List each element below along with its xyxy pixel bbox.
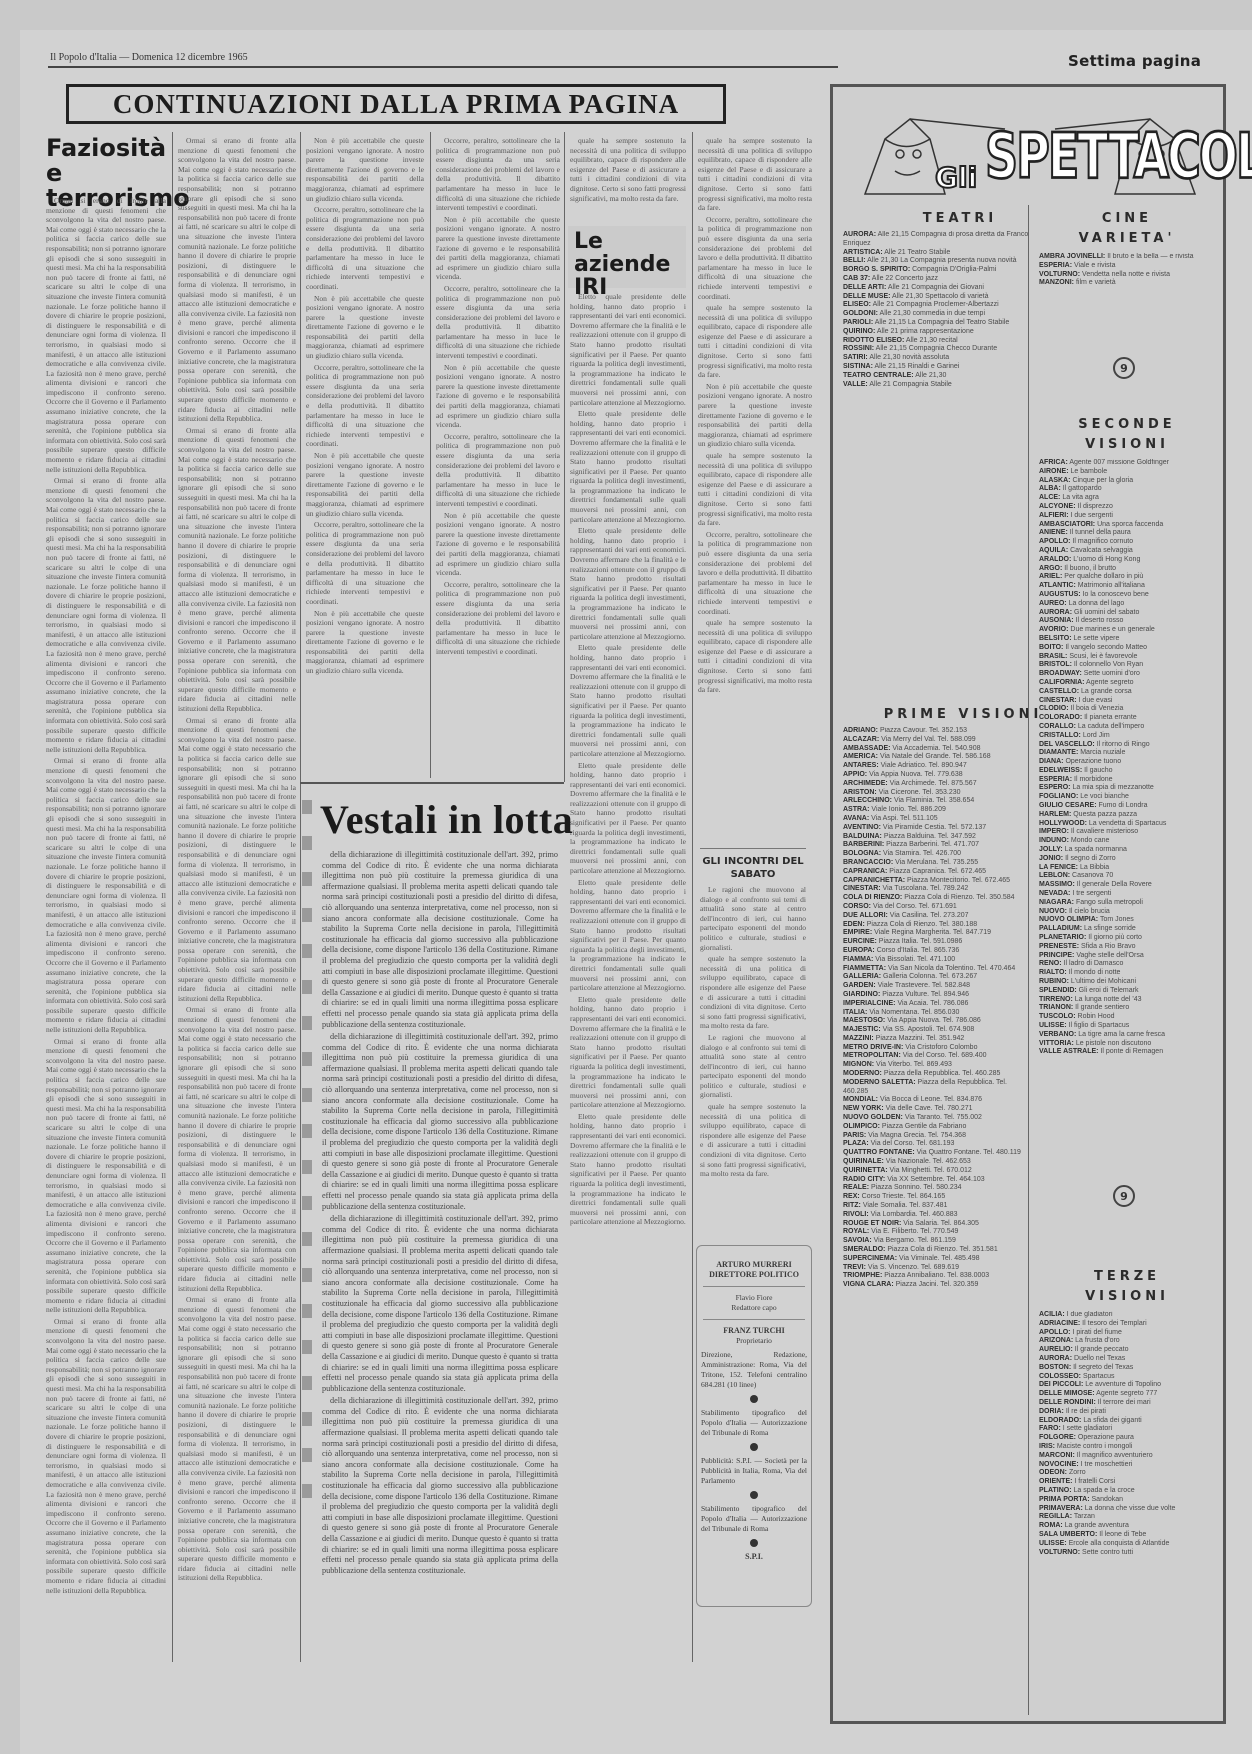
listing-item: LA FENICE: La Bibbia xyxy=(1039,864,1211,873)
listing-item: EDEN: Piazza Cola di Rienzo. Tel. 380.18… xyxy=(843,921,1029,930)
listing-item: BARBERINI: Piazza Barberini. Tel. 471.70… xyxy=(843,841,1029,850)
listing-item: PRENESTE: Sfida a Rio Bravo xyxy=(1039,943,1211,952)
listing-item: RENO: Il ladro di Damasco xyxy=(1039,960,1211,969)
listing-item: INDUNO: Mondo cane xyxy=(1039,837,1211,846)
listing-item: ARCHIMEDE: Via Archimede. Tel. 875.567 xyxy=(843,780,1029,789)
listing-item: CINESTAR: Via Tuscolana. Tel. 789.242 xyxy=(843,885,1029,894)
listing-item: ORIENTE: I fratelli Corsi xyxy=(1039,1478,1211,1487)
listing-item: ARALDO: L'uomo di Hong Kong xyxy=(1039,556,1211,565)
listing-item: DELLE MUSE: Alle 21,30 Spettacolo di var… xyxy=(843,293,1029,302)
listing-item: MONDIAL: Via Bocca di Leone. Tel. 834.87… xyxy=(843,1096,1029,1105)
spettacoli-logo: Gli SPETTACOLI xyxy=(855,99,1205,209)
listing-item: RIALTO: Il mondo di notte xyxy=(1039,969,1211,978)
listing-item: IRIS: Maciste contro i mongoli xyxy=(1039,1443,1211,1452)
listing-item: ARIEL: Per qualche dollaro in più xyxy=(1039,573,1211,582)
article-body: quale ha sempre sostenuto la necessità d… xyxy=(570,136,686,203)
listing-item: RITZ: Viale Somalia. Tel. 837.481 xyxy=(843,1202,1029,1211)
article-body: Non è più accettabile che queste posizio… xyxy=(436,215,560,282)
article-body: della dichiarazione di illegittimità cos… xyxy=(322,1214,558,1394)
listing-item: GIARDINO: Piazza Vulture. Tel. 894.946 xyxy=(843,991,1029,1000)
listing-item: ASTRA: Viale Ionio. Tel. 886.209 xyxy=(843,806,1029,815)
article-rule xyxy=(300,782,564,784)
listing-item: FOGLIANO: Le voci bianche xyxy=(1039,793,1211,802)
article-body: Ormai si erano di fronte alla menzione d… xyxy=(178,426,296,714)
listing-item: DELLE RONDINI: Il terrore dei mari xyxy=(1039,1399,1211,1408)
listing-item: COLORADO: Il pianeta errante xyxy=(1039,714,1211,723)
listing-item: ALCYONE: Il disprezzo xyxy=(1039,503,1211,512)
listing-item: NUOVO GOLDEN: Via Taranto. Tel. 755.002 xyxy=(843,1114,1029,1123)
masthead-box: ARTURO MURRERI DIRETTORE POLITICO Flavio… xyxy=(696,1245,812,1607)
logo-gli: Gli xyxy=(935,161,977,194)
listing-item: AMBRA JOVINELLI: Il bruto e la bella — e… xyxy=(1039,253,1211,262)
article-body: Non è più accettabile che queste posizio… xyxy=(436,511,560,578)
column-rule xyxy=(692,132,693,1662)
listing-item: ESPERO: La mia spia di mezzanotte xyxy=(1039,784,1211,793)
listing-item: AMBASSADE: Via Accademia. Tel. 540.908 xyxy=(843,745,1029,754)
listing-item: PLATINO: La spada e la croce xyxy=(1039,1487,1211,1496)
listing-item: SAVOIA: Via Bergamo. Tel. 861.159 xyxy=(843,1237,1029,1246)
listing-item: MAJESTIC: Via SS. Apostoli. Tel. 674.908 xyxy=(843,1026,1029,1035)
listing-item: AVENTINO: Via Piramide Cestia. Tel. 572.… xyxy=(843,824,1029,833)
listing-item: BRANCACCIO: Via Merulana. Tel. 735.255 xyxy=(843,859,1029,868)
listing-item: TIRRENO: La lunga notte del '43 xyxy=(1039,996,1211,1005)
article-body: Eletto quale presidente delle holding, h… xyxy=(570,761,686,876)
listing-item: APPIO: Via Appia Nuova. Tel. 779.638 xyxy=(843,771,1029,780)
header-rule xyxy=(48,66,838,68)
article-body: Occorre, peraltro, sottolineare che la p… xyxy=(436,136,560,213)
heading-prime-visioni: PRIME VISIONI xyxy=(873,707,1053,722)
article-body: della dichiarazione di illegittimità cos… xyxy=(322,850,558,1030)
director-name: ARTURO MURRERI xyxy=(697,1260,811,1270)
listing-item: EDELWEISS: Il gaucho xyxy=(1039,767,1211,776)
listing-item: DIANA: Operazione tuono xyxy=(1039,758,1211,767)
article-body: Ormai si erano di fronte alla menzione d… xyxy=(46,1317,166,1595)
listing-item: ALCE: La vita agra xyxy=(1039,494,1211,503)
listing-item: CORSO: Via del Corso. Tel. 671.691 xyxy=(843,903,1029,912)
bullet-icon xyxy=(750,1395,758,1403)
listing-item: MARCONI: Il magnifico avventuriero xyxy=(1039,1452,1211,1461)
listing-item: LEBLON: Casanova 70 xyxy=(1039,872,1211,881)
article-body: Ormai si erano di fronte alla menzione d… xyxy=(178,716,296,1004)
listing-item: CAPRANICA: Piazza Capranica. Tel. 672.46… xyxy=(843,868,1029,877)
heading-seconde-visioni: VISIONI xyxy=(1047,437,1207,452)
article-body: Non è più accettabile che queste posizio… xyxy=(306,136,424,203)
article-body: della dichiarazione di illegittimità cos… xyxy=(322,1396,558,1576)
listing-item: SUPERCINEMA: Via Viminale. Tel. 485.498 xyxy=(843,1255,1029,1264)
article-body: Ormai si erano di fronte alla menzione d… xyxy=(46,196,166,474)
article-iri-top: quale ha sempre sostenuto la necessità d… xyxy=(570,136,686,222)
listing-item: CAB 37: Alle 22 Concerto jazz xyxy=(843,275,1029,284)
listing-item: AURORA: Gli uomini del sabato xyxy=(1039,609,1211,618)
article-body: Occorre, peraltro, sottolineare che la p… xyxy=(306,363,424,449)
heading-teatri: TEATRI xyxy=(895,211,1025,226)
listing-item: TRIOMPHE: Piazza Annibaliano. Tel. 838.0… xyxy=(843,1272,1029,1281)
listing-item: TRIANON: Il grande sentiero xyxy=(1039,1004,1211,1013)
listing-item: MAZZINI: Piazza Mazzini. Tel. 351.942 xyxy=(843,1035,1029,1044)
listing-item: DELLE ARTI: Alle 21 Compagnia dei Giovan… xyxy=(843,284,1029,293)
listing-item: ALBA: Il gattopardo xyxy=(1039,485,1211,494)
listing-item: BELLI: Alle 21,30 La Compagnia presenta … xyxy=(843,257,1029,266)
listing-item: ROMA: La grande avventura xyxy=(1039,1522,1211,1531)
listing-item: ADRIACINE: Il tesoro dei Templari xyxy=(1039,1320,1211,1329)
listing-item: PRIMAVERA: La donna che visse due volte xyxy=(1039,1505,1211,1514)
listing-item: TREVI: Via S. Vincenzo. Tel. 689.619 xyxy=(843,1264,1029,1273)
masthead-footer: S.P.I. xyxy=(697,1552,811,1562)
listing-item: HARLEM: Questa pazza pazza xyxy=(1039,811,1211,820)
article-body: Ormai si erano di fronte alla menzione d… xyxy=(46,756,166,1034)
listing-item: VOLTURNO: Sette contro tutti xyxy=(1039,1549,1211,1558)
listing-item: AQUILA: Cavalcata selvaggia xyxy=(1039,547,1211,556)
listing-item: QUATTRO FONTANE: Via Quattro Fontane. Te… xyxy=(843,1149,1029,1158)
article-body: Le ragioni che muovono al dialogo e al c… xyxy=(700,1033,806,1100)
listing-item: DEI PICCOLI: Le avventure di Topolino xyxy=(1039,1381,1211,1390)
listing-item: PALLADIUM: La sfinge sorride xyxy=(1039,925,1211,934)
listing-item: ULISSE: Il figlio di Spartacus xyxy=(1039,1022,1211,1031)
listing-item: JONIO: Il segno di Zorro xyxy=(1039,855,1211,864)
editor-role: Redattore capo xyxy=(697,1303,811,1313)
listing-item: EURCINE: Piazza Italia. Tel. 591.0986 xyxy=(843,938,1029,947)
publisher-name: FRANZ TURCHI xyxy=(697,1326,811,1336)
article-body: quale ha sempre sostenuto la necessità d… xyxy=(698,136,812,213)
listing-item: AVORIO: Due marines e un generale xyxy=(1039,626,1211,635)
article-body: Eletto quale presidente delle holding, h… xyxy=(570,292,686,407)
column-rule xyxy=(430,132,431,778)
listing-item: ACILIA: I due gladiatori xyxy=(1039,1311,1211,1320)
listing-item: FIAMMA: Via Bissolati. Tel. 471.100 xyxy=(843,956,1029,965)
listing-item: CRISTALLO: Lord Jim xyxy=(1039,732,1211,741)
listing-item: AUREO: La donna del lago xyxy=(1039,600,1211,609)
divider xyxy=(703,1286,805,1287)
listing-item: NEVADA: I tre sergenti xyxy=(1039,890,1211,899)
list-prime-visioni: ADRIANO: Piazza Cavour. Tel. 352.153ALCA… xyxy=(843,727,1029,1707)
listing-item: RIDOTTO ELISEO: Alle 21,30 recital xyxy=(843,337,1029,346)
headline-aziende-iri: Le aziende IRI xyxy=(574,230,684,299)
listing-item: OLIMPICO: Piazza Gentile da Fabriano xyxy=(843,1123,1029,1132)
listing-item: BOLOGNA: Via Stamira. Tel. 426.700 xyxy=(843,850,1029,859)
listing-item: DORIA: Il re dei pirati xyxy=(1039,1408,1211,1417)
listing-item: EUROPA: Corso d'Italia. Tel. 865.736 xyxy=(843,947,1029,956)
listing-item: APOLLO: Il magnifico cornuto xyxy=(1039,538,1211,547)
list-teatri: AURORA: Alle 21,15 Compagnia di prosa di… xyxy=(843,231,1029,701)
article-mid-col4: Occorre, peraltro, sottolineare che la p… xyxy=(436,136,560,776)
listing-item: VERBANO: La tigre ama la carne fresca xyxy=(1039,1031,1211,1040)
article-faziosita-col1: Ormai si erano di fronte alla menzione d… xyxy=(46,196,166,1656)
listing-item: RUBINO: L'ultimo dei Mohicani xyxy=(1039,978,1211,987)
listing-item: REALE: Piazza Sonnino. Tel. 580.234 xyxy=(843,1184,1029,1193)
listing-item: PRINCIPE: Vaghe stelle dell'Orsa xyxy=(1039,952,1211,961)
listing-item: ELDORADO: La sfida dei giganti xyxy=(1039,1417,1211,1426)
running-head: Il Popolo d'Italia — Domenica 12 dicembr… xyxy=(50,52,248,63)
listing-item: FARO: I sette gladiatori xyxy=(1039,1425,1211,1434)
article-body: Occorre, peraltro, sottolineare che la p… xyxy=(436,284,560,361)
column-rule xyxy=(564,132,565,782)
listing-item: ALFIERI: I due sergenti xyxy=(1039,512,1211,521)
listing-item: PLAZA: Via del Corso. Tel. 681.193 xyxy=(843,1140,1029,1149)
listing-item: AURORA: Duello nel Texas xyxy=(1039,1355,1211,1364)
listing-item: CINESTAR: I due evasi xyxy=(1039,697,1211,706)
listing-item: ODEON: Zorro xyxy=(1039,1469,1211,1478)
print-text: Stabilimento tipografico del Popolo d'It… xyxy=(701,1504,807,1534)
listing-item: ITALIA: Via Nomentana. Tel. 856.030 xyxy=(843,1009,1029,1018)
listing-item: NUOVO OLIMPIA: Tom Jones xyxy=(1039,916,1211,925)
article-body: Eletto quale presidente delle holding, h… xyxy=(570,409,686,524)
listing-item: BRISTOL: Il colonnello Von Ryan xyxy=(1039,661,1211,670)
article-body: Eletto quale presidente delle holding, h… xyxy=(570,878,686,993)
listing-item: ELISEO: Alle 21 Compagnia Proclemer-Albe… xyxy=(843,301,1029,310)
article-body: Eletto quale presidente delle holding, h… xyxy=(570,995,686,1110)
article-body: Non è più accettabile che queste posizio… xyxy=(306,609,424,676)
listing-item: ADRIANO: Piazza Cavour. Tel. 352.153 xyxy=(843,727,1029,736)
listing-item: GARDEN: Viale Trastevere. Tel. 582.848 xyxy=(843,982,1029,991)
article-body: Non è più accettabile che queste posizio… xyxy=(436,363,560,430)
listing-item: REX: Corso Trieste. Tel. 864.165 xyxy=(843,1193,1029,1202)
listing-item: CLODIO: Il boia di Venezia xyxy=(1039,705,1211,714)
article-vestali-body: della dichiarazione di illegittimità cos… xyxy=(322,850,558,1660)
article-faziosita-col2: Ormai si erano di fronte alla menzione d… xyxy=(178,136,296,1656)
listing-item: SISTINA: Alle 21,15 Rinaldi e Garinei xyxy=(843,363,1029,372)
listing-item: VIGNA CLARA: Piazza Jacini. Tel. 320.359 xyxy=(843,1281,1029,1290)
publisher-role: Proprietario xyxy=(697,1336,811,1346)
article-body: Non è più accettabile che queste posizio… xyxy=(698,382,812,449)
listing-item: MANZONI: film e varietà xyxy=(1039,279,1211,288)
listing-item: PARIS: Via Magna Grecia. Tel. 754.368 xyxy=(843,1132,1029,1141)
listing-item: IMPERIALCINE: Via Acaia. Tel. 786.086 xyxy=(843,1000,1029,1009)
column-rule xyxy=(1028,205,1029,1715)
article-body: Occorre, peraltro, sottolineare che la p… xyxy=(698,530,812,616)
listing-item: COLOSSEO: Spartacus xyxy=(1039,1373,1211,1382)
article-body: Ormai si erano di fronte alla menzione d… xyxy=(46,476,166,754)
listing-item: QUIRINO: Alle 21 prima rappresentazione xyxy=(843,328,1029,337)
article-body: Occorre, peraltro, sottolineare che la p… xyxy=(306,520,424,606)
listing-item: DEL VASCELLO: Il ritorno di Ringo xyxy=(1039,741,1211,750)
listing-item: FOLGORE: Operazione paura xyxy=(1039,1434,1211,1443)
listing-item: AMERICA: Via Natale del Grande. Tel. 586… xyxy=(843,753,1029,762)
listing-item: ARTISTICA: Alle 21 Teatro Stabile xyxy=(843,249,1029,258)
listing-item: MIGNON: Via Viterbo. Tel. 869.493 xyxy=(843,1061,1029,1070)
article-body: Ormai si erano di fronte alla menzione d… xyxy=(178,136,296,424)
article-body: quale ha sempre sostenuto la necessità d… xyxy=(698,451,812,528)
article-body: quale ha sempre sostenuto la necessità d… xyxy=(698,618,812,695)
listing-item: PARIOLI: Alle 21,15 La Compagnia del Tea… xyxy=(843,319,1029,328)
article-iri-body: Eletto quale presidente delle holding, h… xyxy=(570,292,686,1656)
article-body: Occorre, peraltro, sottolineare che la p… xyxy=(436,432,560,509)
listing-item: TEATRO CENTRALE: Alle 21,30 xyxy=(843,372,1029,381)
section-tag: Settima pagina xyxy=(1068,52,1201,70)
listing-item: BORGO S. SPIRITO: Compagnia D'Origlia-Pa… xyxy=(843,266,1029,275)
listing-item: ARLECCHINO: Via Flaminia. Tel. 358.654 xyxy=(843,797,1029,806)
listing-item: IMPERO: Il cavaliere misterioso xyxy=(1039,828,1211,837)
print-text: Stabilimento tipografico del Popolo d'It… xyxy=(701,1408,807,1438)
listing-item: EMPIRE: Viale Regina Margherita. Tel. 84… xyxy=(843,929,1029,938)
listing-item: RADIO CITY: Via XX Settembre. Tel. 464.1… xyxy=(843,1176,1029,1185)
listing-item: HOLLYWOOD: La vendetta di Spartacus xyxy=(1039,820,1211,829)
article-body: Eletto quale presidente delle holding, h… xyxy=(570,526,686,641)
listing-item: ULISSE: Ercole alla conquista di Atlanti… xyxy=(1039,1540,1211,1549)
listing-item: BRASIL: Scusi, lei è favorevole xyxy=(1039,653,1211,662)
listing-item: ARISTON: Via Cicerone. Tel. 353.230 xyxy=(843,789,1029,798)
article-body: Eletto quale presidente delle holding, h… xyxy=(570,643,686,758)
article-body: Le ragioni che muovono al dialogo e al c… xyxy=(700,885,806,952)
article-body: Eletto quale presidente delle holding, h… xyxy=(570,1112,686,1227)
listing-item: SMERALDO: Piazza Cola di Rienzo. Tel. 35… xyxy=(843,1246,1029,1255)
listing-item: DIAMANTE: Marcia nuziale xyxy=(1039,749,1211,758)
listing-item: REGILLA: Tarzan xyxy=(1039,1513,1211,1522)
heading-cine: CINE xyxy=(1047,211,1207,226)
listing-item: SPLENDID: Gli eroi di Telemark xyxy=(1039,987,1211,996)
banner-title: CONTINUAZIONI DALLA PRIMA PAGINA xyxy=(113,89,679,120)
article-mid-col3: Non è più accettabile che queste posizio… xyxy=(306,136,424,776)
listing-item: QUIRINALE: Via Nazionale. Tel. 462.653 xyxy=(843,1158,1029,1167)
heading-seconde: SECONDE xyxy=(1047,417,1207,432)
listing-item: RIVOLI: Via Lombardia. Tel. 460.883 xyxy=(843,1211,1029,1220)
bullet-icon xyxy=(750,1491,758,1499)
listing-item: TUSCOLO: Robin Hood xyxy=(1039,1013,1211,1022)
listing-item: DELLE MIMOSE: Agente segreto 777 xyxy=(1039,1390,1211,1399)
listing-item: AMBASCIATORI: Una sporca faccenda xyxy=(1039,521,1211,530)
listing-item: PLANETARIO: Il giorno più corto xyxy=(1039,934,1211,943)
listing-item: GOLDONI: Alle 21,30 commedia in due temp… xyxy=(843,310,1029,319)
listing-item: NUOVO: Il cielo brucia xyxy=(1039,908,1211,917)
listing-item: CAPRANICHETTA: Piazza Montecitorio. Tel.… xyxy=(843,877,1029,886)
column-rule xyxy=(172,132,173,1662)
continuations-banner: CONTINUAZIONI DALLA PRIMA PAGINA xyxy=(66,84,726,124)
listing-item: ATLANTIC: Matrimonio all'italiana xyxy=(1039,582,1211,591)
listing-item: ARGO: Il buono, il brutto xyxy=(1039,565,1211,574)
registration-text: Direzione, Redazione, Amministrazione: R… xyxy=(701,1350,807,1390)
article-body: quale ha sempre sostenuto la necessità d… xyxy=(700,1102,806,1179)
bullet-icon xyxy=(750,1539,758,1547)
article-body: quale ha sempre sostenuto la necessità d… xyxy=(700,954,806,1031)
listing-item: AURELIO: Il grande peccato xyxy=(1039,1346,1211,1355)
headline-vestali: Vestali in lotta xyxy=(320,796,573,843)
listing-item: QUIRINETTA: Via Minghetti. Tel. 670.012 xyxy=(843,1167,1029,1176)
listing-item: VALLE: Alle 21 Compagnia Stabile xyxy=(843,381,1029,390)
listing-item: MAESTOSO: Via Appia Nuova. Tel. 786.086 xyxy=(843,1017,1029,1026)
listing-item: VITTORIA: Le pistole non discutono xyxy=(1039,1040,1211,1049)
listing-item: ROYAL: Via E. Filiberto. Tel. 770.549 xyxy=(843,1228,1029,1237)
headline-incontri: GLI INCONTRI DEL SABATO xyxy=(700,855,806,881)
listing-item: AURORA: Alle 21,15 Compagnia di prosa di… xyxy=(843,231,1029,249)
listing-item: ROUGE ET NOIR: Via Salaria. Tel. 864.305 xyxy=(843,1220,1029,1229)
divider xyxy=(703,1319,805,1320)
listing-item: MODERNO SALETTA: Piazza della Repubblica… xyxy=(843,1079,1029,1097)
article-body: Occorre, peraltro, sottolineare che la p… xyxy=(698,215,812,301)
listing-item: ALASKA: Cinque per la gloria xyxy=(1039,477,1211,486)
listing-item: MASSIMO: Il generale Della Rovere xyxy=(1039,881,1211,890)
listing-item: AVANA: Via Aspi. Tel. 511.105 xyxy=(843,815,1029,824)
list-terze-visioni: ACILIA: I due gladiatoriADRIACINE: Il te… xyxy=(1039,1311,1211,1711)
article-body: Occorre, peraltro, sottolineare che la p… xyxy=(306,205,424,291)
listing-item: ESPERIA: Il morbidone xyxy=(1039,776,1211,785)
listing-item: ESPERIA: Viale e rivista xyxy=(1039,262,1211,271)
listing-item: BOITO: Il vangelo secondo Matteo xyxy=(1039,644,1211,653)
bullet-icon xyxy=(750,1443,758,1451)
listing-item: AIRONE: Le bambole xyxy=(1039,468,1211,477)
logo-spettacoli: SPETTACOLI xyxy=(985,120,1252,193)
listing-item: VOLTURNO: Vendetta nella notte e rivista xyxy=(1039,271,1211,280)
listing-item: DUE ALLORI: Via Casilina. Tel. 273.207 xyxy=(843,912,1029,921)
listing-item: ANTARES: Viale Adriatico. Tel. 890.947 xyxy=(843,762,1029,771)
listing-item: BROADWAY: Sette uomini d'oro xyxy=(1039,670,1211,679)
listing-item: JOLLY: La spada normanna xyxy=(1039,846,1211,855)
listing-item: NOVOCINE: I tre moschettieri xyxy=(1039,1461,1211,1470)
emblem-icon: 9 xyxy=(1113,357,1135,379)
article-body: Ormai si erano di fronte alla menzione d… xyxy=(178,1295,296,1583)
list-cine-varieta: AMBRA JOVINELLI: Il bruto e la bella — e… xyxy=(1039,253,1211,323)
listing-item: ALCAZAR: Via Merry del Val. Tel. 588.099 xyxy=(843,736,1029,745)
article-incontri-body: Le ragioni che muovono al dialogo e al c… xyxy=(700,885,806,1265)
listing-item: PRIMA PORTA: Sandokan xyxy=(1039,1496,1211,1505)
article-col6-top: quale ha sempre sostenuto la necessità d… xyxy=(698,136,812,836)
listing-item: CALIFORNIA: Agente segreto xyxy=(1039,679,1211,688)
listing-item: ROSSINI: Alle 21,15 Compagnia Checco Dur… xyxy=(843,345,1029,354)
listing-item: SATIRI: Alle 21,30 novità assoluta xyxy=(843,354,1029,363)
director-role: DIRETTORE POLITICO xyxy=(697,1270,811,1280)
listing-item: APOLLO: I pirati del fiume xyxy=(1039,1329,1211,1338)
article-body: Non è più accettabile che queste posizio… xyxy=(306,294,424,361)
listing-item: NIAGARA: Fango sulla metropoli xyxy=(1039,899,1211,908)
listing-item: BOSTON: Il segreto del Texas xyxy=(1039,1364,1211,1373)
article-body: della dichiarazione di illegittimità cos… xyxy=(322,1032,558,1212)
listing-item: GIULIO CESARE: Fumo di Londra xyxy=(1039,802,1211,811)
listing-item: CORALLO: La caduta dell'impero xyxy=(1039,723,1211,732)
article-body: Non è più accettabile che queste posizio… xyxy=(306,451,424,518)
listing-item: VALLE ASTRALE: Il ponte di Remagen xyxy=(1039,1048,1211,1057)
listing-item: METRO DRIVE-IN: Via Cristoforo Colombo xyxy=(843,1044,1029,1053)
article-body: Ormai si erano di fronte alla menzione d… xyxy=(46,1037,166,1315)
listing-item: BELSITO: Le sette vipere xyxy=(1039,635,1211,644)
listing-item: AUSONIA: Il deserto rosso xyxy=(1039,617,1211,626)
article-body: quale ha sempre sostenuto la necessità d… xyxy=(698,303,812,380)
listing-item: NEW YORK: Via delle Cave. Tel. 780.271 xyxy=(843,1105,1029,1114)
listing-item: AFRICA: Agente 007 missione Goldfinger xyxy=(1039,459,1211,468)
ads-text: Pubblicità: S.P.I. — Società per la Pubb… xyxy=(701,1456,807,1486)
article-body: Occorre, peraltro, sottolineare che la p… xyxy=(436,580,560,657)
listing-item: COLA DI RIENZO: Piazza Cola di Rienzo. T… xyxy=(843,894,1029,903)
listing-item: MODERNO: Piazza della Repubblica. Tel. 4… xyxy=(843,1070,1029,1079)
side-column-fragment xyxy=(300,800,314,1560)
heading-terze: TERZE xyxy=(1047,1269,1207,1284)
listing-item: CASTELLO: La grande corsa xyxy=(1039,688,1211,697)
listing-item: ANIENE: Il tunnel della paura xyxy=(1039,529,1211,538)
list-seconde-visioni: AFRICA: Agente 007 missione GoldfingerAI… xyxy=(1039,459,1211,1129)
listing-item: METROPOLITAN: Via del Corso. Tel. 689.40… xyxy=(843,1052,1029,1061)
listing-item: ARIZONA: La frusta d'oro xyxy=(1039,1337,1211,1346)
listing-item: GALLERIA: Galleria Colonna. Tel. 673.267 xyxy=(843,973,1029,982)
incontri-box: GLI INCONTRI DEL SABATO Le ragioni che m… xyxy=(700,848,806,1265)
listing-item: AUGUSTUS: Io la conoscevo bene xyxy=(1039,591,1211,600)
article-body: Ormai si erano di fronte alla menzione d… xyxy=(178,1005,296,1293)
listing-item: SALA UMBERTO: Il leone di Tebe xyxy=(1039,1531,1211,1540)
heading-terze-visioni: VISIONI xyxy=(1047,1289,1207,1304)
emblem-icon: 9 xyxy=(1113,1185,1135,1207)
editor-name: Flavio Fiore xyxy=(697,1293,811,1303)
listing-item: BALDUINA: Piazza Balduina. Tel. 347.592 xyxy=(843,833,1029,842)
heading-varieta: VARIETA' xyxy=(1047,231,1207,246)
listing-item: FIAMMETTA: Via San Nicola da Tolentino. … xyxy=(843,965,1029,974)
